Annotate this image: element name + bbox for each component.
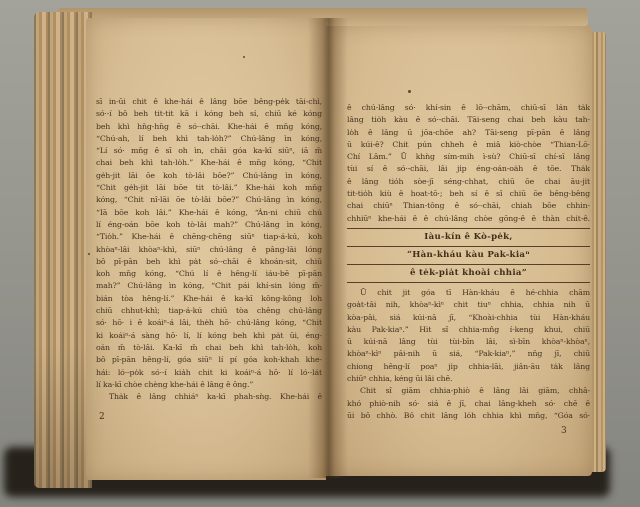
text-line: Chit sî giām chhia-phiò ê lâng lâi giām,…: [347, 385, 590, 397]
section-heading: Iàu-kín ê Kò-pe̍k, “Hàn-kháu kàu Pak-kia…: [347, 228, 590, 283]
text-line: ê lâng tio̍h sòe-jī séng-chhat, chiū ōe …: [347, 176, 590, 188]
text-line: “Iā bōe koh lâi.” Khe-hái ê kóng, “Án-ni…: [96, 207, 322, 219]
text-line: bô pī-pān hêng-lí, góa siūⁿ lí pí góa ko…: [96, 354, 322, 366]
left-page-number: 2: [99, 412, 105, 422]
text-line: “Chit ge̍h-jit lāi bōe tit tò-lâi.” Khe-…: [96, 182, 322, 194]
photo-background: sī in-ūi chit ê khe-hái ê lâng bōe bêng-…: [0, 0, 640, 507]
text-line: só·-í bô beh tit-tit kā i kóng beh sí, c…: [96, 108, 322, 120]
text-line: khòaⁿ-kìⁿ pâi-nih ū siá, “Pak-kiaⁿ,” nn̄…: [347, 348, 590, 360]
right-page-number: 3: [561, 426, 567, 436]
text-line: ê chú-lâng só· khí-sin ê lō·-chām, chiū-…: [347, 102, 590, 114]
text-line: bô pī-pān beh khì pa̍t só·-chāi ê khoán-…: [96, 256, 322, 268]
text-line: Chí Lâm.” Ū khǹg sím-mih ì-sù? Chiū-sī c…: [347, 151, 590, 163]
heading-rule: [347, 246, 590, 247]
text-line: ū kúi-ê? Chit pún chheh ê miâ kiò-chòe “…: [347, 139, 590, 151]
left-page-edge-stack: [34, 12, 92, 488]
text-line: ūi bô chhò. Bô chit lâng lo̍h chhia khì …: [347, 410, 590, 422]
text-line: kóng, “Chit nî-lāi ōe tò-lâi bōe?” Chú-l…: [96, 194, 322, 206]
text-line: chiū chhut-khì; tiap-á-kú chiū tòa chêng…: [96, 305, 322, 317]
text-line: ū kúi-nā lâng tùi tùi-bīn lâi, sì-bīn kh…: [347, 336, 590, 348]
text-line: khòaⁿ-lâi khòaⁿ-khì, siūⁿ chú-lâng ê pân…: [96, 244, 322, 256]
text-line: “Tio̍h.” Khe-hái ê chēng-chēng siūⁿ tiap…: [96, 231, 322, 243]
text-line: Ū chit jit góa tī Hàn-kháu ê hé-chhia ch…: [347, 287, 590, 299]
section-heading-subtitle-2: ê te̍k-pia̍t khoài chhia”: [347, 267, 590, 280]
text-line: kàu Pak-kiaⁿ.” Hit sî chhia-mn̂g í-keng …: [347, 324, 590, 336]
ink-speck: [88, 253, 90, 255]
text-line: beh khì hn̄g-hn̄g ê só·-chāi. Khe-hái ê …: [96, 121, 322, 133]
text-line: só· hō· i ê koáiⁿ-á lâi, the̍h hō· chú-l…: [96, 317, 322, 329]
text-line: chiūⁿ chhia, kéng ūi lâi chē.: [347, 373, 590, 385]
right-page-body-paragraphs: Ū chit jit góa tī Hàn-kháu ê hé-chhia ch…: [347, 287, 590, 422]
text-line: tùi sí ê só·-chāi, lâi ji̍p éng-oán-oa̍h…: [347, 163, 590, 175]
heading-rule: [347, 282, 590, 283]
text-line: kòa-pâi, siá kúi-nā jī, “Khoài-chhia tùi…: [347, 312, 590, 324]
text-line: koh mn̄g kóng, “Chú lí ê hêng-lí iáu-bē …: [96, 268, 322, 280]
text-line: oán m̄ tò-lâi. Ka-kī m̄ chai beh khì tah…: [96, 342, 322, 354]
right-page-text: ê chú-lâng só· khí-sin ê lō·-chām, chiū-…: [347, 102, 590, 422]
text-line: ge̍h-jit lāi ōe koh tò-lâi bōe?” Chú-lân…: [96, 170, 322, 182]
text-line: lo̍h ê lâng ū jōa-chōe ah? Tāi-seng pī-p…: [347, 127, 590, 139]
text-line: lí éng-oán bōe koh tò-lâi mah?” Chú-lâng…: [96, 219, 322, 231]
text-line: chai beh khì tah-lo̍h.” Khe-hái ê mn̄g k…: [96, 157, 322, 169]
heading-rule: [347, 264, 590, 265]
text-line: bián tòa hêng-lí.” Khe-hái ê ka-kī kông-…: [96, 293, 322, 305]
right-page-intro-paragraph: ê chú-lâng só· khí-sin ê lō·-chām, chiū-…: [347, 102, 590, 225]
text-line: tit-tio̍h kiù ê hoat-tō·; beh sí ê sî ch…: [347, 188, 590, 200]
text-line: sī in-ūi chit ê khe-hái ê lâng bōe bêng-…: [96, 96, 322, 108]
left-page-text: sī in-ūi chit ê khe-hái ê lâng bōe bêng-…: [96, 96, 322, 403]
section-heading-title: Iàu-kín ê Kò-pe̍k,: [347, 231, 590, 244]
text-line: chhiūⁿ khe-hái ê ê chú-lâng chòe gōng-ê …: [347, 213, 590, 225]
heading-rule: [347, 228, 590, 229]
text-line: mah?” Chú-lâng ìn kóng, “Chit pái khí-si…: [96, 280, 322, 292]
text-line: “Chú-ah, lí beh khì tah-lo̍h?” Chú-lâng …: [96, 133, 322, 145]
section-heading-subtitle-1: “Hàn-kháu kàu Pak-kiaⁿ: [347, 249, 590, 262]
text-line: lí ka-kī chòe chèng khe-hái ê lâng ê ông…: [96, 379, 322, 391]
right-page-edge-stack: [592, 32, 606, 472]
ink-speck: [243, 56, 245, 58]
text-line: ki koáiⁿ-á sàng hō· lí, lí kóng beh khì …: [96, 330, 322, 342]
text-line: khó phiò-nih só· siá ê jī, chai lâng-khe…: [347, 398, 590, 410]
text-line: chiong hêng-lí poaⁿ ji̍p chhia-lāi, jiân…: [347, 361, 590, 373]
ink-speck: [408, 90, 411, 93]
text-line: chai chiūⁿ Thian-tông ê só·-chāi, chiah …: [347, 200, 590, 212]
text-line: “Lí só· mn̄g ê sī oh ìn, chāi góa ka-kī …: [96, 145, 322, 157]
text-line: goa̍t-tâi nih, khòaⁿ-kìⁿ chit tiuⁿ chhia…: [347, 299, 590, 311]
text-line: Tha̍k ê lâng chhiáⁿ ka-kī phah-sǹg. Khe-…: [96, 391, 322, 403]
text-line: lâng tio̍h kàu ê só·-chāi. Tāi-seng chai…: [347, 114, 590, 126]
text-line: hái: ló·-po̍k só·-í kia̍h chit ki koáiⁿ-…: [96, 367, 322, 379]
